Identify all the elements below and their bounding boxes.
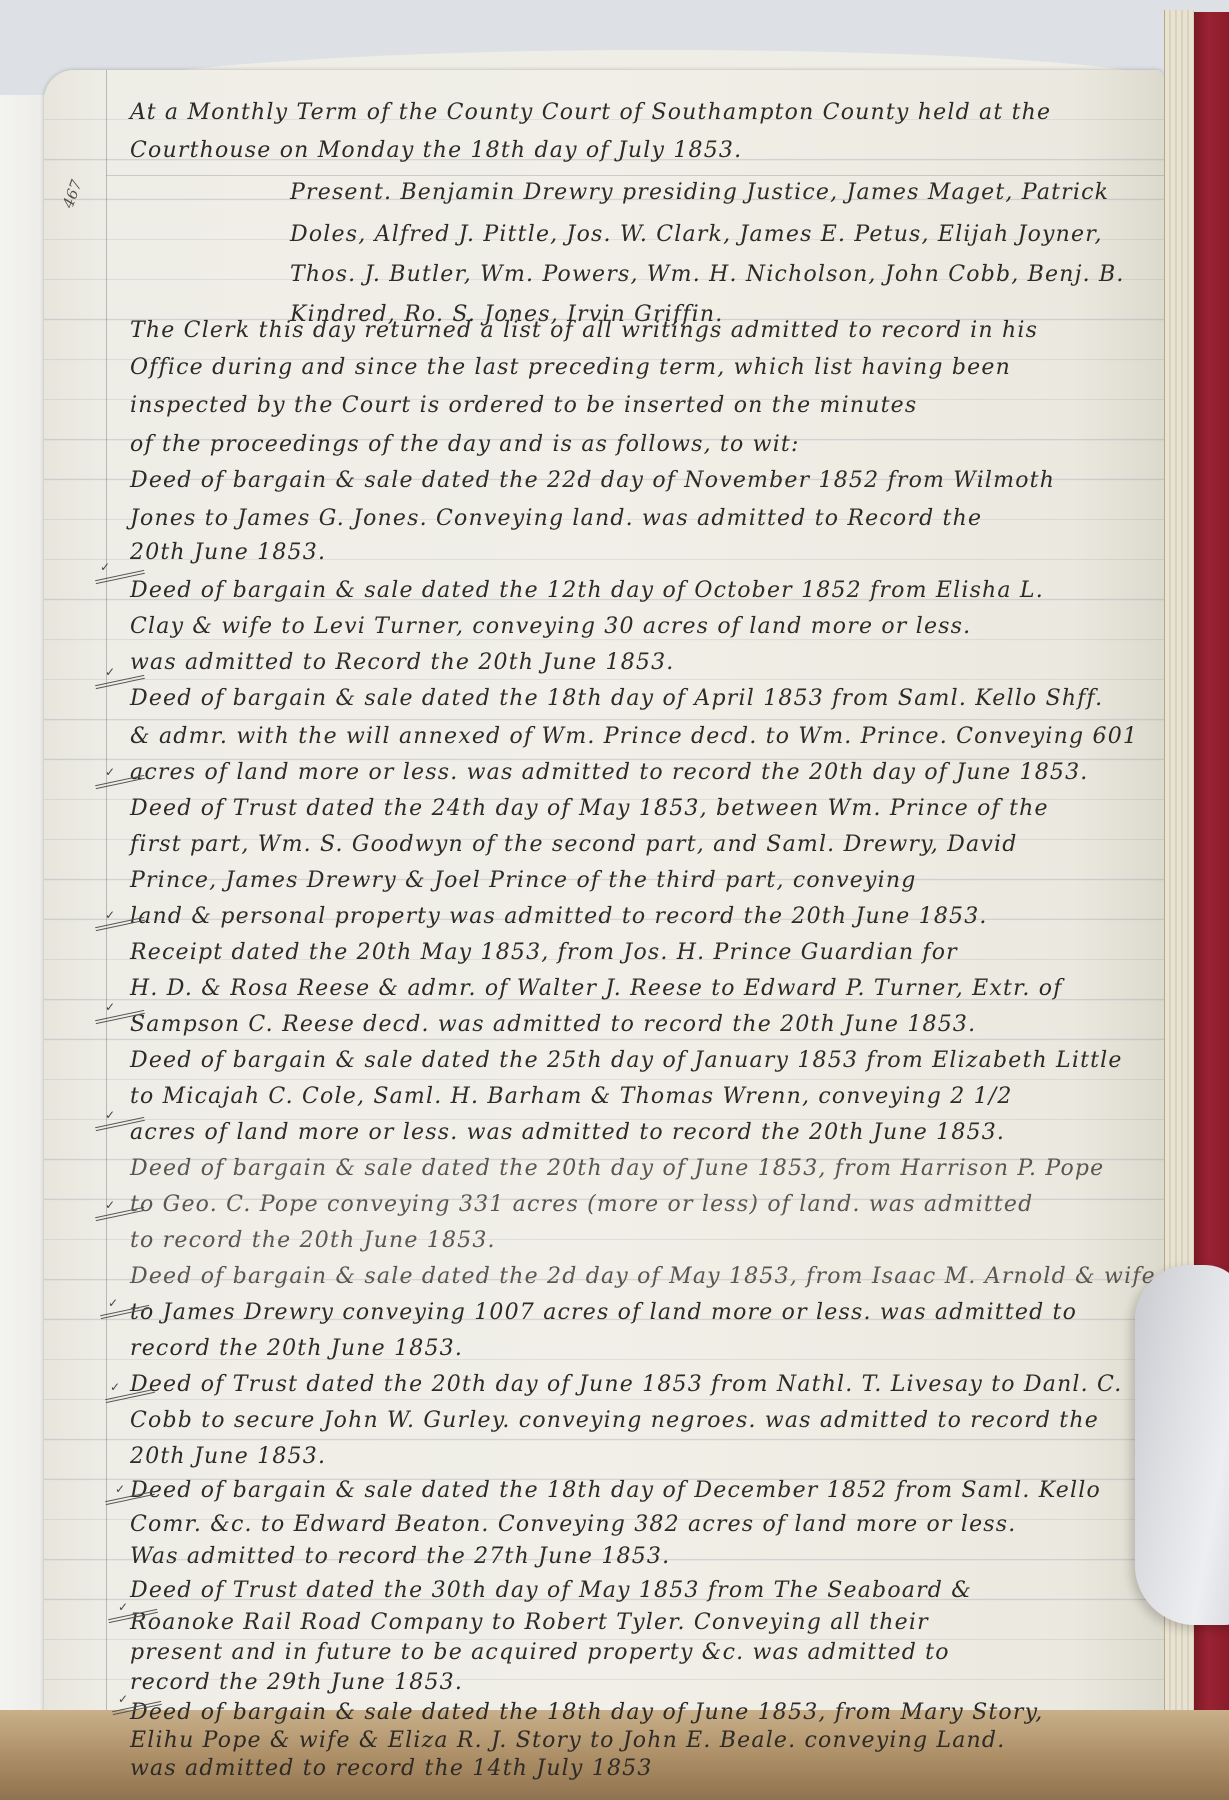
entry-line: record the 29th June 1853. (130, 1670, 463, 1695)
entry-line: acres of land more or less. was admitted… (130, 1120, 1005, 1145)
check-mark-icon: ✓ (105, 1108, 115, 1122)
entry-line: Jones to James G. Jones. Conveying land.… (130, 506, 982, 531)
entry-line: Deed of Trust dated the 20th day of June… (130, 1372, 1123, 1397)
recorded-writings-list: The Clerk this day returned a list of al… (130, 0, 1160, 1800)
entry-line: record the 20th June 1853. (130, 1336, 463, 1361)
entry-line: was admitted to record the 14th July 185… (130, 1756, 653, 1781)
entry-line: Cobb to secure John W. Gurley. conveying… (130, 1408, 1099, 1433)
check-mark-icon: ✓ (118, 1600, 128, 1614)
entry-line: Comr. &c. to Edward Beaton. Conveying 38… (130, 1512, 1016, 1537)
check-mark-icon: ✓ (100, 560, 110, 574)
entry-line: acres of land more or less. was admitted… (130, 760, 1089, 785)
check-mark-icon: ✓ (105, 665, 115, 679)
check-mark-icon: ✓ (105, 765, 115, 779)
gloved-thumb (1135, 1265, 1229, 1625)
check-mark-icon: ✓ (118, 1692, 128, 1706)
entry-line: to Geo. C. Pope conveying 331 acres (mor… (130, 1192, 1033, 1217)
check-mark-icon: ✓ (115, 1482, 125, 1496)
entry-line: & admr. with the will annexed of Wm. Pri… (130, 724, 1138, 749)
entry-line: Clay & wife to Levi Turner, conveying 30… (130, 614, 971, 639)
entry-line: Prince, James Drewry & Joel Prince of th… (130, 868, 917, 893)
entry-line: H. D. & Rosa Reese & admr. of Walter J. … (130, 976, 1063, 1001)
check-mark-icon: ✓ (110, 1380, 120, 1394)
entry-line: Deed of bargain & sale dated the 12th da… (130, 578, 1044, 603)
check-mark-icon: ✓ (105, 908, 115, 922)
entry-line: Deed of Trust dated the 30th day of May … (130, 1578, 972, 1603)
entry-line: Elihu Pope & wife & Eliza R. J. Story to… (130, 1728, 1005, 1753)
check-mark-icon: ✓ (108, 1296, 118, 1310)
entry-line: inspected by the Court is ordered to be … (130, 393, 917, 418)
entry-line: Deed of bargain & sale dated the 25th da… (130, 1048, 1123, 1073)
entry-line: 20th June 1853. (130, 540, 326, 565)
entry-line: Office during and since the last precedi… (130, 355, 1011, 380)
entry-line: Receipt dated the 20th May 1853, from Jo… (130, 940, 958, 965)
check-mark-icon: ✓ (105, 1198, 115, 1212)
entry-line: to James Drewry conveying 1007 acres of … (130, 1300, 1077, 1325)
entry-line: of the proceedings of the day and is as … (130, 432, 800, 457)
entry-line: Deed of bargain & sale dated the 18th da… (130, 1700, 1044, 1725)
entry-line: Deed of Trust dated the 24th day of May … (130, 796, 1049, 821)
entry-line: present and in future to be acquired pro… (130, 1640, 950, 1665)
margin-line (106, 70, 107, 1775)
entry-line: 20th June 1853. (130, 1444, 326, 1469)
entry-line: to record the 20th June 1853. (130, 1228, 496, 1253)
entry-line: Deed of bargain & sale dated the 18th da… (130, 1478, 1101, 1503)
scanned-ledger-scene: 467 At a Monthly Term of the County Cour… (0, 0, 1229, 1800)
entry-line: Was admitted to record the 27th June 185… (130, 1544, 670, 1569)
entry-line: Deed of bargain & sale dated the 2d day … (130, 1264, 1156, 1289)
entry-line: Deed of bargain & sale dated the 22d day… (130, 468, 1055, 493)
entry-line: Sampson C. Reese decd. was admitted to r… (130, 1012, 976, 1037)
entry-line: The Clerk this day returned a list of al… (130, 318, 1038, 343)
entry-line: to Micajah C. Cole, Saml. H. Barham & Th… (130, 1084, 1013, 1109)
entry-line: was admitted to Record the 20th June 185… (130, 650, 675, 675)
entry-line: first part, Wm. S. Goodwyn of the second… (130, 832, 1017, 857)
entry-line: Deed of bargain & sale dated the 18th da… (130, 686, 1103, 711)
entry-line: land & personal property was admitted to… (130, 904, 988, 929)
entry-line: Roanoke Rail Road Company to Robert Tyle… (130, 1610, 929, 1635)
check-mark-icon: ✓ (105, 1000, 115, 1014)
entry-line: Deed of bargain & sale dated the 20th da… (130, 1156, 1104, 1181)
